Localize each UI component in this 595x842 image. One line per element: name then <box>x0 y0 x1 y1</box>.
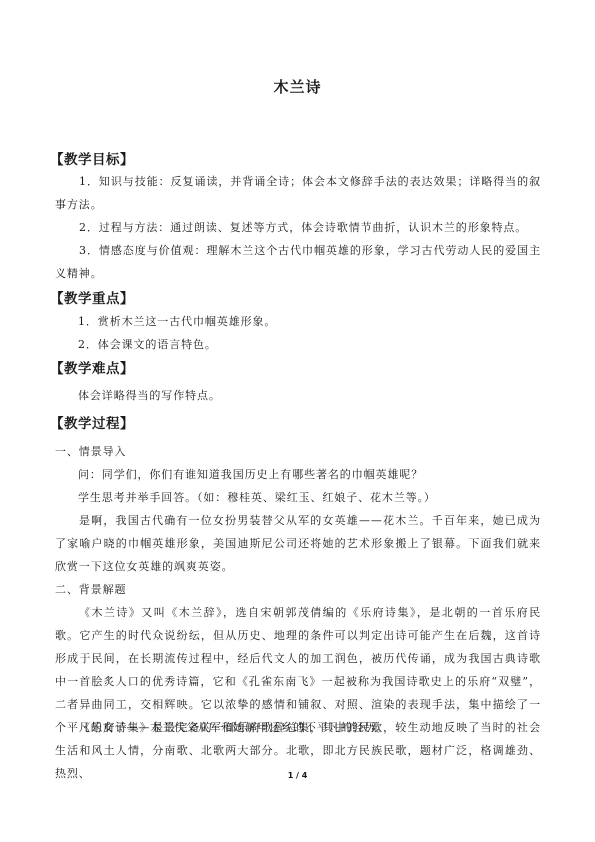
process-part1-question: 问：同学们，你们有谁知道我国历史上有哪些著名的巾帼英雄呢？ <box>78 463 423 486</box>
heading-key-points: 【教学重点】 <box>50 287 134 307</box>
key-point-item-2: 2．体会课文的语言特色。 <box>78 333 217 356</box>
goal-item-1: 1．知识与技能：反复诵读，并背诵全诗；体会本文修辞手法的表达效果；详略得当的叙事… <box>55 170 541 216</box>
process-part1-answer: 学生思考并举手回答。（如：穆桂英、梁红玉、红娘子、花木兰等。） <box>78 486 436 509</box>
process-part2-title: 二、背景解题 <box>55 578 126 601</box>
difficulty-item-1: 体会详略得当的写作特点。 <box>78 384 221 407</box>
heading-difficulties: 【教学难点】 <box>50 357 134 377</box>
document-title: 木兰诗 <box>0 76 595 97</box>
goal-item-3: 3．情感态度与价值观：理解木兰这个古代巾帼英雄的形象，学习古代劳动人民的爱国主义… <box>55 239 541 285</box>
key-point-item-1: 1．赏析木兰这一古代巾帼英雄形象。 <box>78 310 276 333</box>
process-part1-paragraph: 是啊，我国古代确有一位女扮男装替父从军的女英雄——花木兰。千百年来，她已成为了家… <box>55 509 541 578</box>
heading-teaching-goals: 【教学目标】 <box>50 148 134 168</box>
process-part1-title: 一、情景导入 <box>55 440 126 463</box>
document-page: 木兰诗 【教学目标】 1．知识与技能：反复诵读，并背诵全诗；体会本文修辞手法的表… <box>0 0 595 842</box>
heading-teaching-process: 【教学过程】 <box>50 412 134 432</box>
goal-item-2: 2．过程与方法：通过朗读、复述等方式，体会诗歌情节曲折，认识木兰的形象特点。 <box>55 216 541 239</box>
page-number: 1 / 4 <box>0 771 595 780</box>
